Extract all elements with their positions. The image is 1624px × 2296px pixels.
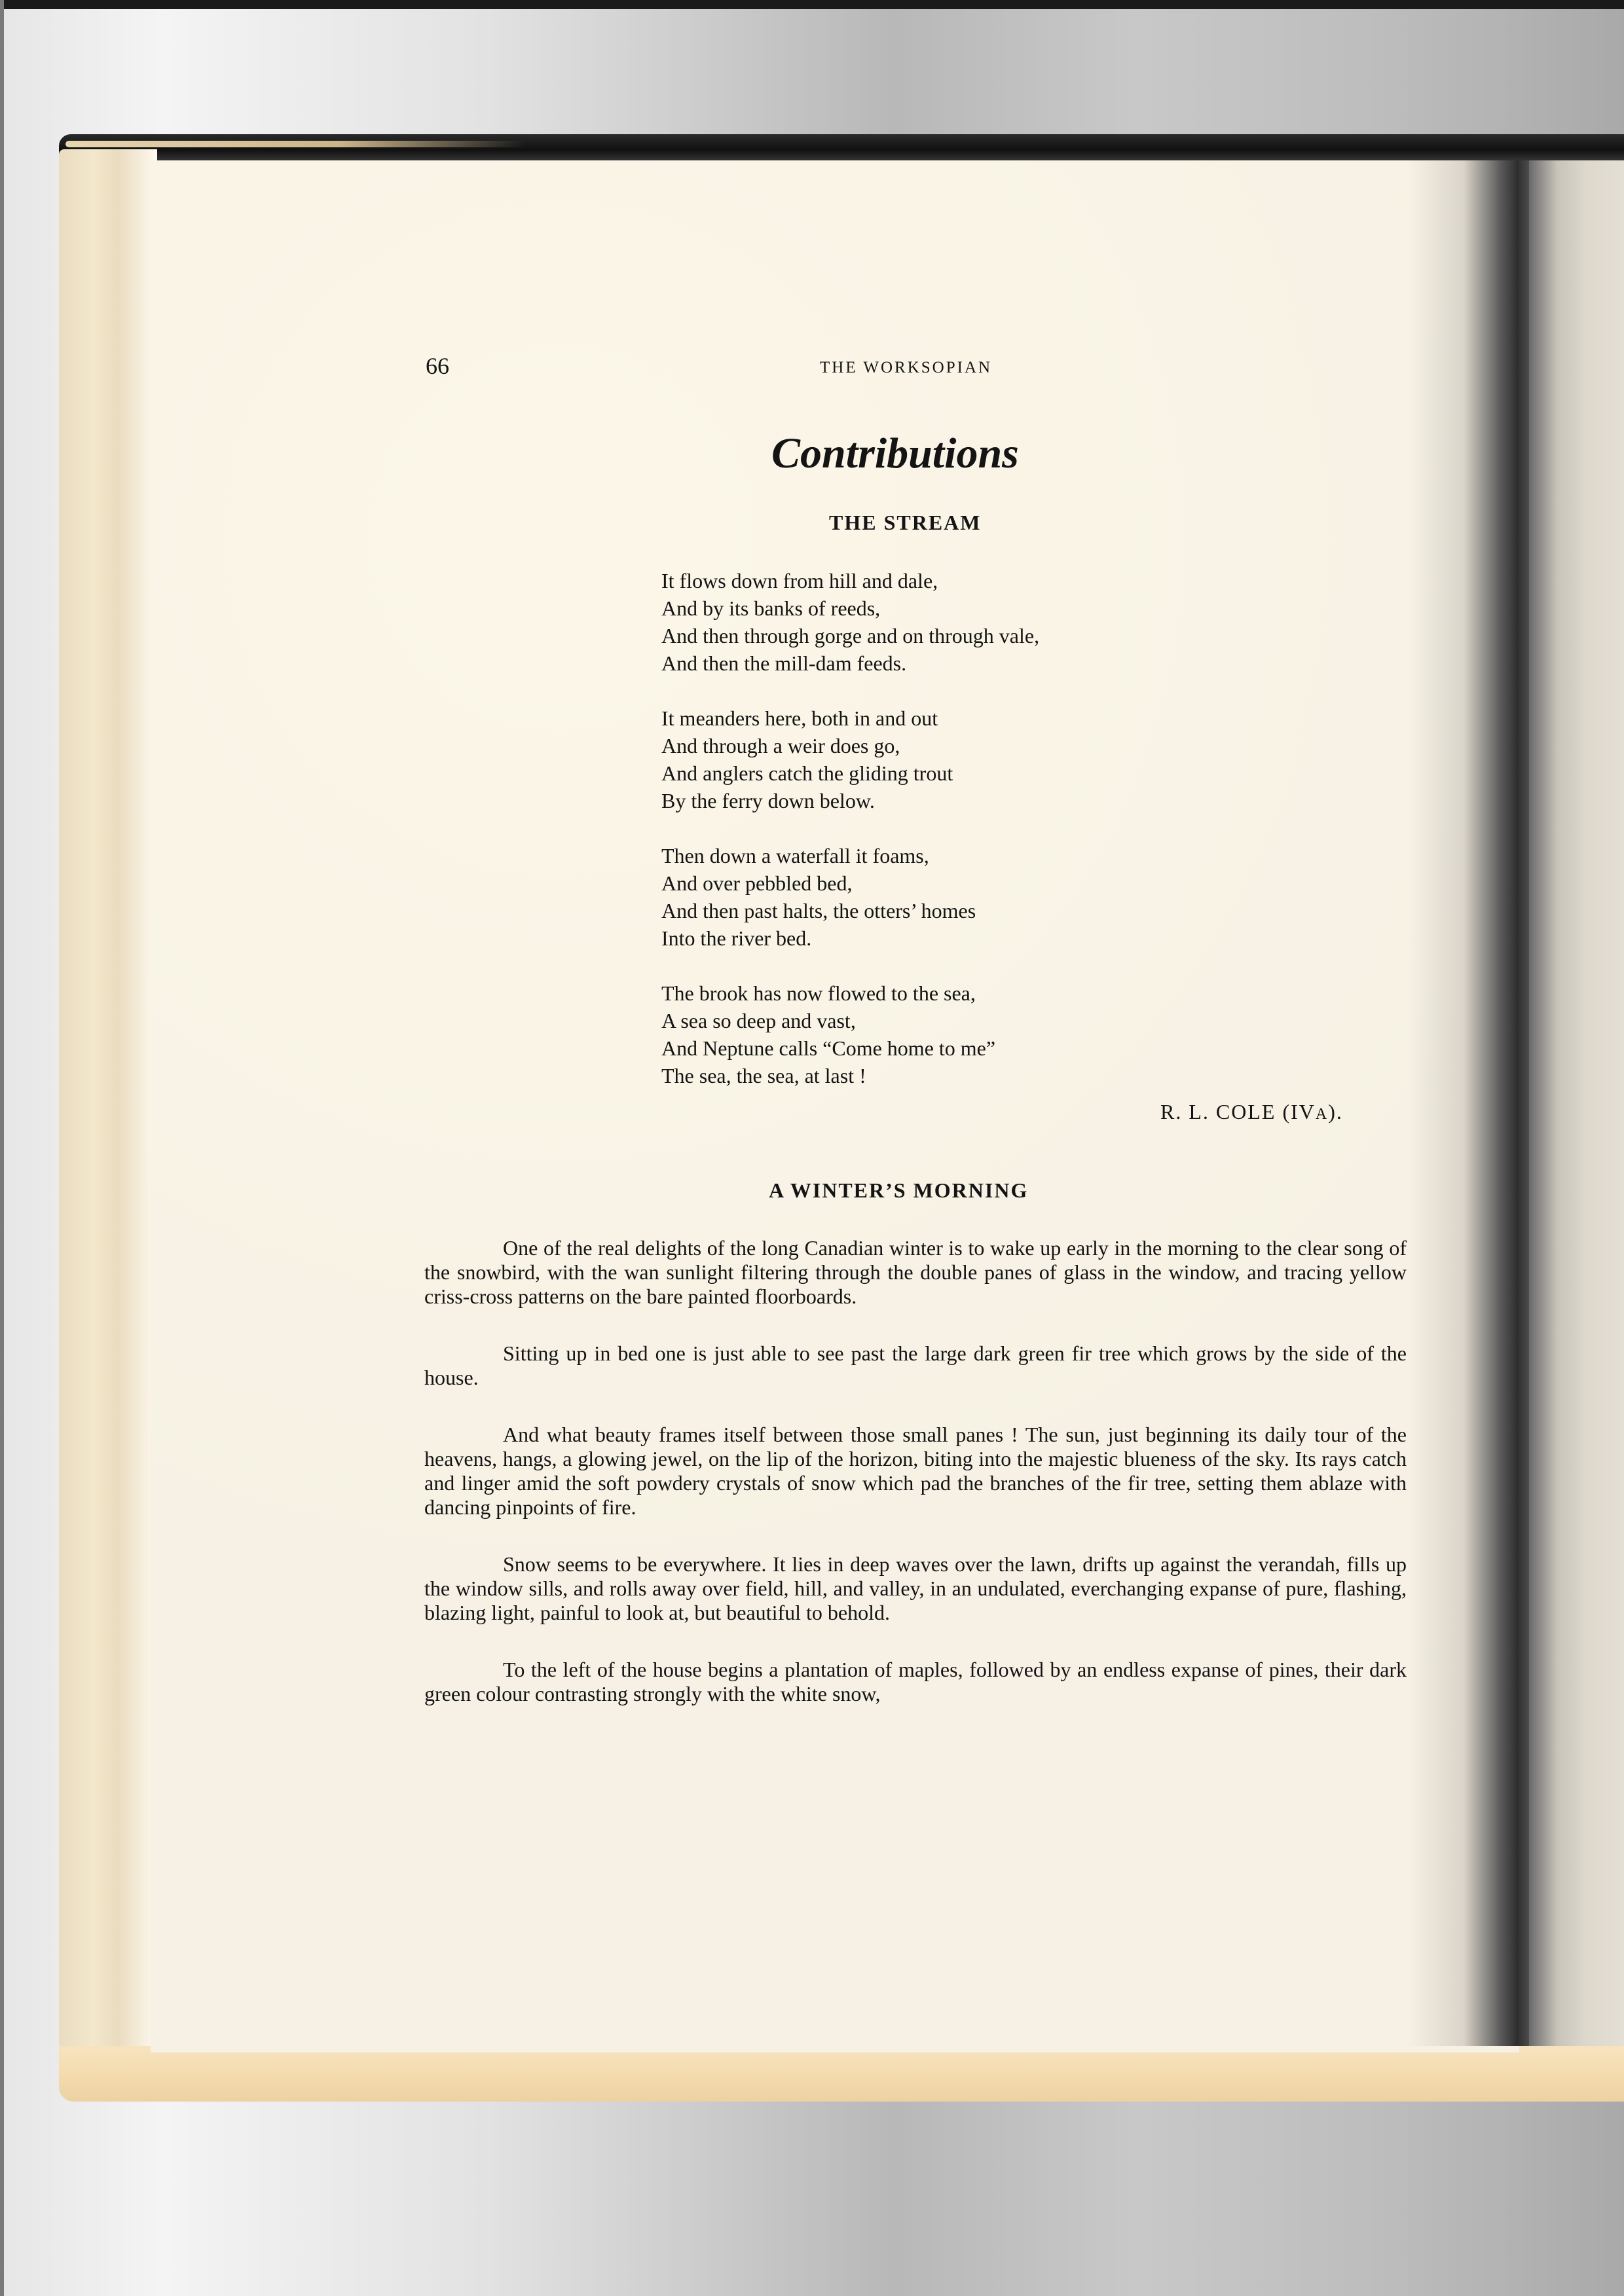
poem-byline: R. L. COLE (IVA). <box>1160 1100 1343 1124</box>
poem-stanza: It flows down from hill and dale, And by… <box>661 567 1039 677</box>
poem-body: It flows down from hill and dale, And by… <box>661 567 1039 1117</box>
page-content: 66 THE WORKSOPIAN Contributions THE STRE… <box>0 0 1624 2296</box>
running-head: THE WORKSOPIAN <box>820 359 992 377</box>
poem-line: By the ferry down below. <box>661 787 1039 814</box>
page-number: 66 <box>426 352 449 380</box>
poem-line: It meanders here, both in and out <box>661 704 1039 732</box>
poem-line: And over pebbled bed, <box>661 869 1039 897</box>
essay-title: A WINTER’S MORNING <box>769 1178 1028 1203</box>
poem-line: And Neptune calls “Come home to me” <box>661 1034 1039 1062</box>
poem-title: THE STREAM <box>829 511 981 535</box>
essay-paragraph: Snow seems to be everywhere. It lies in … <box>424 1552 1407 1625</box>
section-title: Contributions <box>771 429 1019 479</box>
essay-paragraph: One of the real delights of the long Can… <box>424 1236 1407 1309</box>
poem-line: A sea so deep and vast, <box>661 1007 1039 1034</box>
poem-line: And anglers catch the gliding trout <box>661 759 1039 787</box>
poem-line: And through a weir does go, <box>661 732 1039 759</box>
poem-line: And then through gorge and on through va… <box>661 622 1039 649</box>
poem-line: The brook has now flowed to the sea, <box>661 979 1039 1007</box>
essay-paragraph: And what beauty frames itself between th… <box>424 1423 1407 1520</box>
essay-paragraph: To the left of the house begins a planta… <box>424 1658 1407 1706</box>
poem-line: It flows down from hill and dale, <box>661 567 1039 594</box>
poem-stanza: It meanders here, both in and out And th… <box>661 704 1039 814</box>
byline-name: R. L. COLE (IV <box>1160 1100 1316 1123</box>
poem-line: Into the river bed. <box>661 924 1039 952</box>
poem-line: And by its banks of reeds, <box>661 594 1039 622</box>
poem-line: Then down a waterfall it foams, <box>661 842 1039 869</box>
essay-paragraph: Sitting up in bed one is just able to se… <box>424 1341 1407 1390</box>
poem-line: And then past halts, the otters’ homes <box>661 897 1039 924</box>
poem-stanza: The brook has now flowed to the sea, A s… <box>661 979 1039 1089</box>
poem-stanza: Then down a waterfall it foams, And over… <box>661 842 1039 952</box>
byline-form-suffix: A <box>1316 1106 1328 1123</box>
essay-body: One of the real delights of the long Can… <box>424 1236 1407 1739</box>
byline-end: ). <box>1328 1100 1343 1123</box>
poem-line: The sea, the sea, at last ! <box>661 1062 1039 1089</box>
poem-line: And then the mill-dam feeds. <box>661 649 1039 677</box>
